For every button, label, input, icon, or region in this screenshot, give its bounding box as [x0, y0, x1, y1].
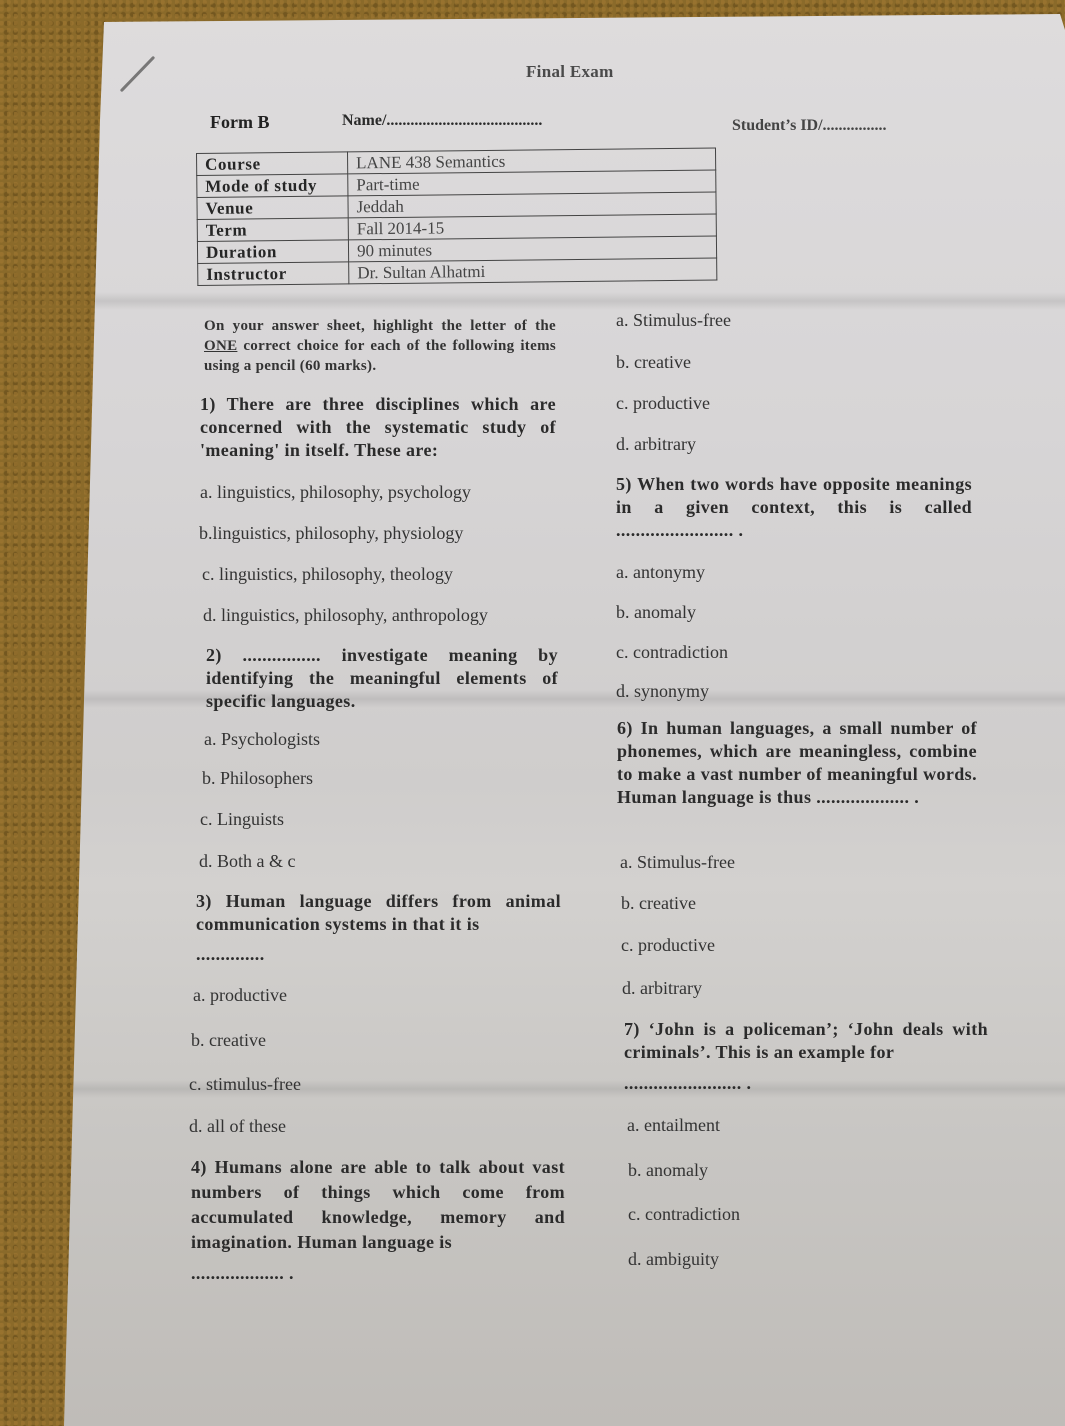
info-row-instructor: Instructor Dr. Sultan Alhatmi — [198, 258, 717, 285]
question-4-blank: ................... . — [191, 1262, 294, 1285]
option-4b[interactable]: b. creative — [616, 351, 691, 373]
option-5b[interactable]: b. anomaly — [616, 601, 696, 623]
question-7-blank: ........................ . — [624, 1072, 751, 1095]
option-3d[interactable]: d. all of these — [189, 1115, 286, 1137]
option-6b[interactable]: b. creative — [621, 892, 696, 914]
course-info-table: Course LANE 438 Semantics Mode of study … — [196, 148, 717, 286]
info-label: Mode of study — [197, 174, 348, 198]
info-label: Venue — [197, 196, 348, 220]
question-2: 2) ................ investigate meaning … — [206, 644, 558, 713]
option-7b[interactable]: b. anomaly — [628, 1159, 708, 1181]
option-1b[interactable]: b.linguistics, philosophy, physiology — [199, 522, 463, 544]
info-label: Instructor — [198, 262, 349, 286]
info-value: Dr. Sultan Alhatmi — [349, 258, 717, 284]
info-label: Duration — [197, 240, 348, 264]
option-4c[interactable]: c. productive — [616, 392, 710, 414]
question-3-blank: .............. — [196, 943, 265, 966]
option-7c[interactable]: c. contradiction — [628, 1203, 740, 1225]
question-7: 7) ‘John is a policeman’; ‘John deals wi… — [624, 1018, 988, 1064]
option-7d[interactable]: d. ambiguity — [628, 1248, 719, 1270]
option-3a[interactable]: a. productive — [193, 984, 287, 1006]
name-field[interactable]: Name/...................................… — [342, 112, 542, 130]
option-6a[interactable]: a. Stimulus-free — [620, 851, 735, 873]
option-1a[interactable]: a. linguistics, philosophy, psychology — [200, 481, 471, 503]
option-6c[interactable]: c. productive — [621, 934, 715, 956]
question-3: 3) Human language differs from animal co… — [196, 890, 561, 936]
option-2d[interactable]: d. Both a & c — [199, 850, 296, 872]
option-4d[interactable]: d. arbitrary — [616, 433, 696, 455]
info-label: Course — [197, 152, 348, 176]
pencil-mark — [120, 56, 156, 93]
option-4a[interactable]: a. Stimulus-free — [616, 309, 731, 331]
option-5c[interactable]: c. contradiction — [616, 641, 728, 663]
question-4: 4) Humans alone are able to talk about v… — [191, 1155, 565, 1255]
exam-paper: Final Exam Form B Name/.................… — [0, 0, 1065, 1426]
option-2b[interactable]: b. Philosophers — [202, 767, 313, 789]
instructions: On your answer sheet, highlight the lett… — [204, 316, 556, 376]
option-1c[interactable]: c. linguistics, philosophy, theology — [202, 563, 453, 585]
option-1d[interactable]: d. linguistics, philosophy, anthropology — [203, 604, 488, 626]
info-label: Term — [197, 218, 348, 242]
form-label: Form B — [210, 112, 269, 133]
option-3c[interactable]: c. stimulus-free — [189, 1073, 301, 1095]
instructions-emphasis: ONE — [204, 338, 237, 354]
question-6: 6) In human languages, a small number of… — [617, 717, 977, 809]
question-5: 5) When two words have opposite meanings… — [616, 473, 972, 542]
option-5d[interactable]: d. synonymy — [616, 680, 709, 702]
option-5a[interactable]: a. antonymy — [616, 561, 705, 583]
option-2a[interactable]: a. Psychologists — [204, 728, 320, 750]
option-2c[interactable]: c. Linguists — [200, 808, 284, 830]
option-6d[interactable]: d. arbitrary — [622, 977, 702, 999]
option-3b[interactable]: b. creative — [191, 1029, 266, 1051]
student-id-field[interactable]: Student’s ID/................ — [732, 117, 887, 135]
paper-fold — [60, 292, 1065, 310]
question-1: 1) There are three disciplines which are… — [200, 393, 556, 462]
exam-title: Final Exam — [526, 62, 614, 82]
option-7a[interactable]: a. entailment — [627, 1114, 720, 1136]
